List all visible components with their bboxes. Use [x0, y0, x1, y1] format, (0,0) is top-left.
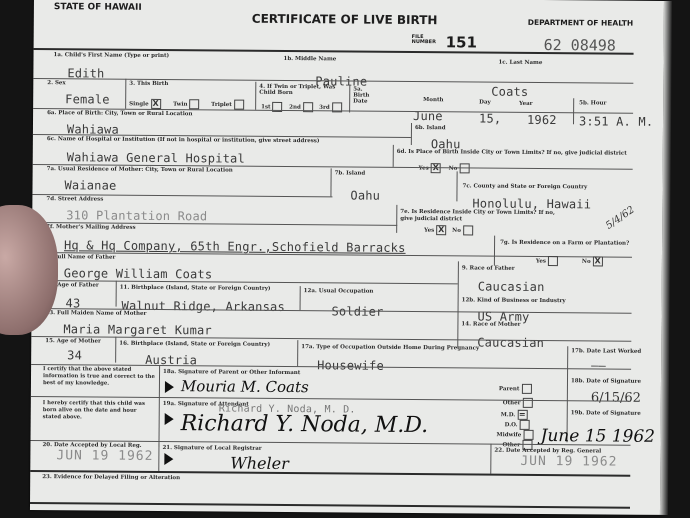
arrow-icon [165, 381, 174, 393]
divider [490, 444, 491, 474]
divider [115, 337, 116, 363]
label-twin-order: 4. If Twin or Triplet, Was Child Born [259, 84, 339, 97]
document-title: CERTIFICATE OF LIVE BIRTH [252, 12, 438, 27]
residence-city-value: Waianae [64, 178, 116, 192]
registrar-signature: Wheler [230, 454, 289, 473]
department-heading: DEPARTMENT OF HEALTH [528, 18, 633, 28]
label-sex: 2. Sex [47, 80, 65, 86]
parent-label: Parent [499, 386, 520, 392]
hospital-value: Wahiawa General Hospital [67, 150, 245, 165]
yes-label: Yes [424, 228, 434, 234]
label-residence-city: 7a. Usual Residence of Mother: City, Tow… [47, 166, 233, 173]
last-name-value: Coats [491, 85, 528, 99]
triplet-checkbox[interactable]: Triplet [211, 99, 244, 109]
label-mailing-address: 7f. Mother's Mailing Address [46, 224, 135, 231]
handwritten-note: 5/4/62 [604, 204, 637, 231]
divider [116, 281, 117, 307]
do-box[interactable] [519, 420, 529, 430]
birth-certificate: STATE OF HAWAII CERTIFICATE OF LIVE BIRT… [30, 0, 664, 515]
farm-yes-checkbox[interactable]: Yes [536, 256, 558, 266]
divider [158, 441, 159, 471]
label-mother-maiden-name: 13. Full Maiden Name of Mother [45, 310, 146, 317]
divider [411, 123, 412, 145]
label-father-business: 12b. Kind of Business or Industry [462, 297, 566, 304]
attendant-certification-text: I hereby certify that this child was bor… [43, 400, 155, 422]
divider [573, 98, 574, 124]
label-father-birthplace: 11. Birthplace (Island, State or Foreign… [120, 285, 271, 292]
label-residence-island: 7b. Island [335, 170, 366, 176]
divider [456, 171, 457, 201]
label-residence-inside: 7e. Is Residence Inside City or Town Lim… [400, 209, 560, 223]
no-box[interactable] [463, 225, 473, 235]
md-checkbox[interactable]: M.D.= [501, 410, 528, 420]
md-box[interactable]: = [517, 410, 527, 420]
triplet-label: Triplet [211, 102, 232, 108]
label-hospital: 6c. Name of Hospital or Institution (If … [47, 136, 320, 144]
attendant-signature: Richard Y. Noda, M.D. [181, 411, 429, 438]
label-farm: 7g. Is Residence on a Farm or Plantation… [500, 240, 629, 247]
label-mother-occupation: 17a. Type of Occupation Outside Home Dur… [301, 344, 479, 351]
label-date-last-worked: 17b. Date Last Worked [571, 348, 641, 355]
md-label: M.D. [501, 412, 516, 418]
label-attendant-date: 19b. Date of Signature [571, 410, 641, 417]
arrow-icon [165, 413, 174, 425]
residence-island-value: Oahu [350, 188, 380, 202]
midwife-checkbox[interactable]: Midwife [497, 430, 534, 440]
divider [396, 205, 397, 233]
mother-maiden-name-value: Maria Margaret Kumar [63, 322, 212, 337]
sex-value: Female [65, 92, 110, 106]
arrow-icon [164, 453, 173, 465]
twin-box[interactable] [189, 99, 199, 109]
label-year: Year [519, 101, 532, 107]
label-street-address: 7d. Street Address [46, 196, 103, 202]
residence-yes-checkbox[interactable]: YesX [424, 225, 446, 235]
label-first-name: 1a. Child's First Name (Type or print) [54, 52, 170, 59]
no-box[interactable]: X [593, 256, 603, 266]
residence-no-checkbox[interactable]: No [452, 225, 473, 235]
label-month: Month [423, 97, 443, 103]
label-mother-age: 15. Age of Mother [45, 338, 101, 344]
other-label: Other [503, 400, 521, 406]
label-informant-date: 18b. Date of Signature [571, 378, 641, 385]
label-mother-race: 14. Race of Mother [461, 321, 520, 327]
label-birth-date: 5a. Birth Date [353, 87, 373, 105]
label-middle-name: 1b. Middle Name [283, 56, 336, 62]
single-box[interactable]: X [151, 99, 161, 109]
label-delayed-filing: 23. Evidence for Delayed Filing or Alter… [42, 474, 180, 481]
no-label: No [582, 259, 591, 265]
father-race-value: Caucasian [478, 279, 545, 294]
file-number-prefix: 151 [446, 33, 477, 51]
parent-checkbox[interactable]: Parent [499, 384, 532, 394]
single-checkbox[interactable]: SingleX [129, 99, 161, 109]
divider [255, 82, 256, 110]
label-place-of-birth: 6a. Place of Birth: City, Town or Rural … [47, 110, 192, 117]
birth-year-value: 1962 [527, 113, 557, 127]
twin-checkbox[interactable]: Twin [173, 99, 199, 109]
file-number-label: FILE NUMBER [412, 35, 440, 45]
twin-label: Twin [173, 102, 187, 108]
divider [30, 502, 630, 509]
divider [330, 168, 331, 196]
yes-box[interactable]: X [436, 225, 446, 235]
divider [349, 84, 350, 112]
midwife-label: Midwife [497, 432, 522, 438]
label-father-race: 9. Race of Father [462, 265, 515, 271]
farm-no-checkbox[interactable]: NoX [582, 256, 603, 266]
do-checkbox[interactable]: D.O. [505, 420, 530, 430]
mother-race-value: Caucasian [477, 335, 544, 350]
reg-general-date-stamp: JUN 19 1962 [520, 454, 617, 470]
yes-label: Yes [536, 258, 546, 264]
label-day: Day [479, 99, 491, 105]
informant-signature: Mouria M. Coats [181, 377, 309, 396]
label-this-birth: 3. This Birth [129, 81, 168, 87]
single-label: Single [129, 101, 149, 107]
informant-date-value: 6/15/62 [591, 390, 641, 405]
yes-box[interactable] [548, 256, 558, 266]
midwife-box[interactable] [523, 430, 533, 440]
triplet-box[interactable] [234, 100, 244, 110]
do-label: D.O. [505, 422, 518, 428]
date-last-worked-value: —— [591, 358, 606, 372]
label-informant-signature: 18a. Signature of Parent or Other Inform… [163, 369, 300, 376]
street-address-value: 310 Plantation Road [66, 208, 207, 223]
local-reg-date-stamp: JUN 19 1962 [56, 448, 153, 464]
divider [125, 79, 126, 109]
no-label: No [452, 228, 461, 234]
state-heading: STATE OF HAWAII [54, 2, 142, 13]
label-local-registrar: 21. Signature of Local Registrar [162, 445, 261, 452]
divider [297, 340, 298, 366]
birth-day-value: 15, [479, 111, 501, 125]
label-county-state: 7c. County and State or Foreign Country [462, 183, 587, 190]
label-last-name: 1c. Last Name [498, 60, 542, 66]
label-hour: 5b. Hour [579, 100, 606, 106]
divider [300, 286, 301, 310]
divider [494, 236, 495, 266]
divider [393, 145, 394, 167]
label-inside-city: 6d. Is Place of Birth Inside City or Tow… [397, 149, 627, 157]
parent-certification-text: I certify that the above stated informat… [43, 366, 155, 388]
label-mother-birthplace: 16. Birthplace (Island, State or Foreign… [119, 341, 270, 348]
birth-hour-value: 3:51 A. M. [579, 114, 653, 129]
divider [158, 365, 160, 447]
mother-age-value: 34 [67, 348, 82, 362]
label-father-occupation: 12a. Usual Occupation [304, 288, 374, 295]
parent-box[interactable] [521, 384, 531, 394]
label-island-birth: 6b. Island [415, 125, 446, 131]
father-name-value: George William Coats [64, 266, 213, 281]
divider [457, 261, 459, 347]
